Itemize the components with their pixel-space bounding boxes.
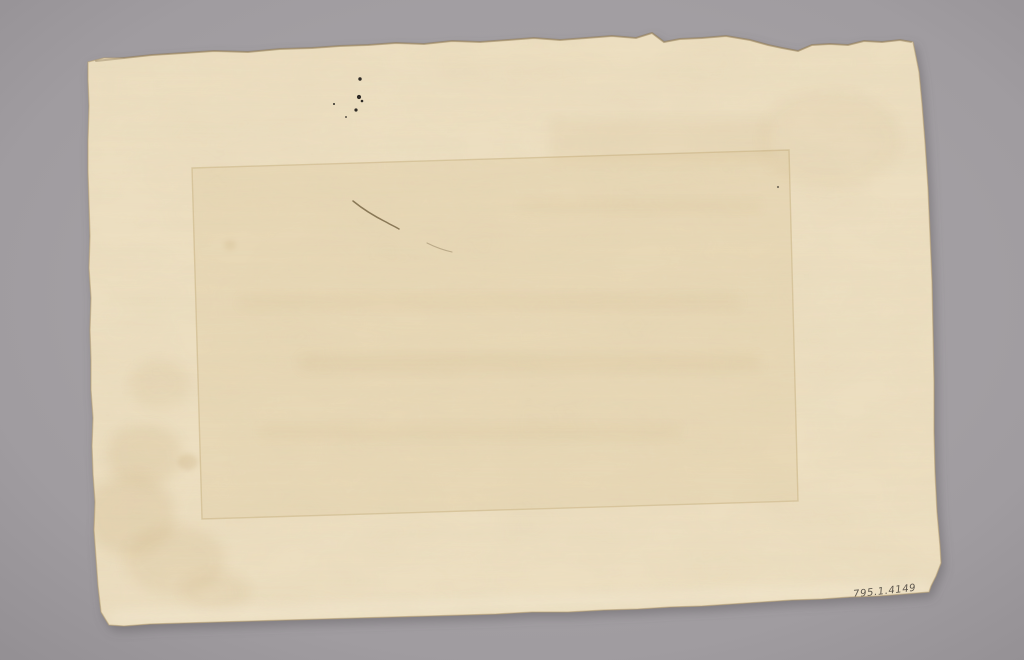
artwork-verso-photo: 795.1.4149 (0, 0, 1024, 660)
photograph-stage: 795.1.4149 (0, 0, 1024, 660)
paper-sheet-group: 795.1.4149 (60, 20, 960, 640)
paper-surface-detail: 795.1.4149 (60, 20, 960, 640)
